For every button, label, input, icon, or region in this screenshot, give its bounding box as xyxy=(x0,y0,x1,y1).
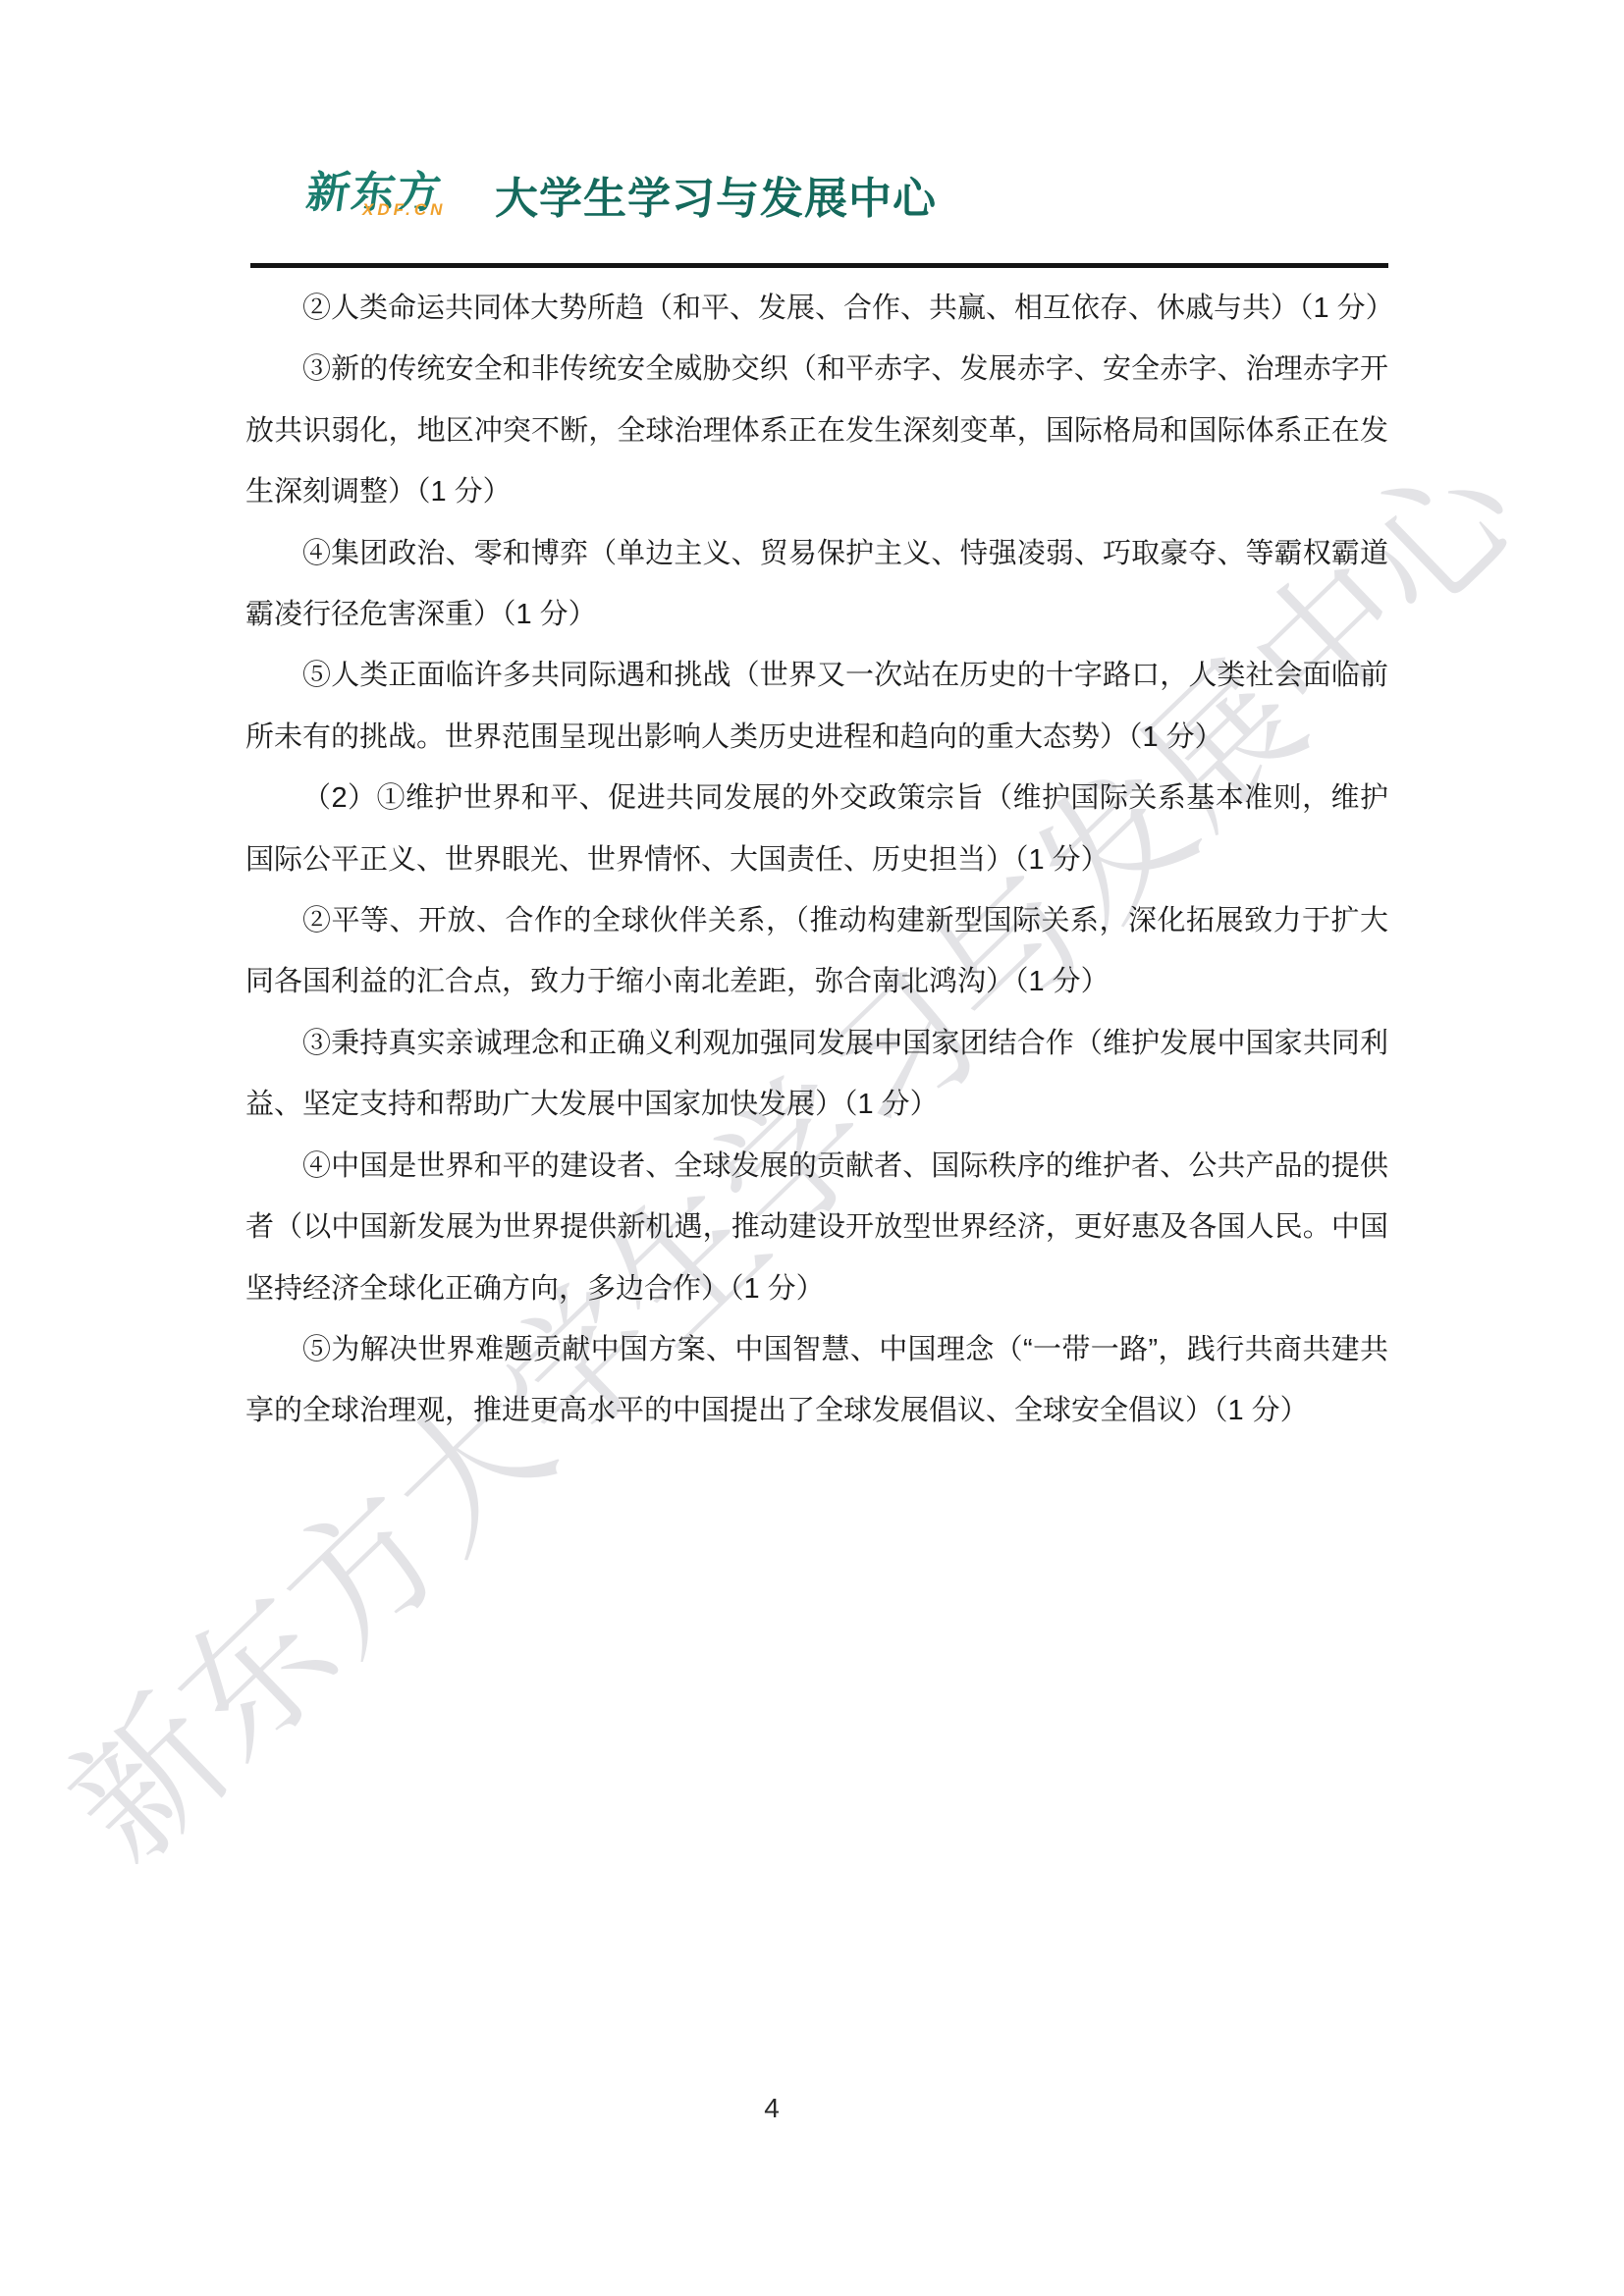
answer-paragraph: （2）①维护世界和平、促进共同发展的外交政策宗旨（维护国际关系基本准则，维护国际… xyxy=(245,768,1388,890)
answer-paragraph: ④中国是世界和平的建设者、全球发展的贡献者、国际秩序的维护者、公共产品的提供者（… xyxy=(245,1136,1388,1319)
header-divider xyxy=(250,263,1388,268)
document-page: 新东方大学生学习与发展中心 新东方 XDF.CN 大学生学习与发展中心 ②人类命… xyxy=(0,0,1624,2296)
answer-paragraph: ③新的传统安全和非传统安全威胁交织（和平赤字、发展赤字、安全赤字、治理赤字开放共… xyxy=(245,339,1388,522)
answer-content: ②人类命运共同体大势所趋（和平、发展、合作、共赢、相互依存、休戚与共）（1 分）… xyxy=(245,278,1388,1442)
answer-paragraph: ③秉持真实亲诚理念和正确义利观加强同发展中国家团结合作（维护发展中国家共同利益、… xyxy=(245,1013,1388,1136)
answer-paragraph: ②平等、开放、合作的全球伙伴关系，（推动构建新型国际关系，深化拓展致力于扩大同各… xyxy=(245,890,1388,1013)
answer-paragraph: ④集团政治、零和博弈（单边主义、贸易保护主义、恃强凌弱、巧取豪夺、等霸权霸道霸凌… xyxy=(245,523,1388,646)
answer-paragraph: ⑤人类正面临许多共同际遇和挑战（世界又一次站在历史的十字路口，人类社会面临前所未… xyxy=(245,645,1388,768)
answer-paragraph: ②人类命运共同体大势所趋（和平、发展、合作、共赢、相互依存、休戚与共）（1 分） xyxy=(245,278,1388,339)
xdf-logo: 新东方 XDF.CN xyxy=(307,157,474,226)
page-number: 4 xyxy=(0,2093,1543,2124)
answer-paragraph: ⑤为解决世界难题贡献中国方案、中国智慧、中国理念（“一带一路”，践行共商共建共享… xyxy=(245,1319,1388,1442)
org-title: 大学生学习与发展中心 xyxy=(495,163,937,226)
logo-domain-text: XDF.CN xyxy=(362,200,446,220)
